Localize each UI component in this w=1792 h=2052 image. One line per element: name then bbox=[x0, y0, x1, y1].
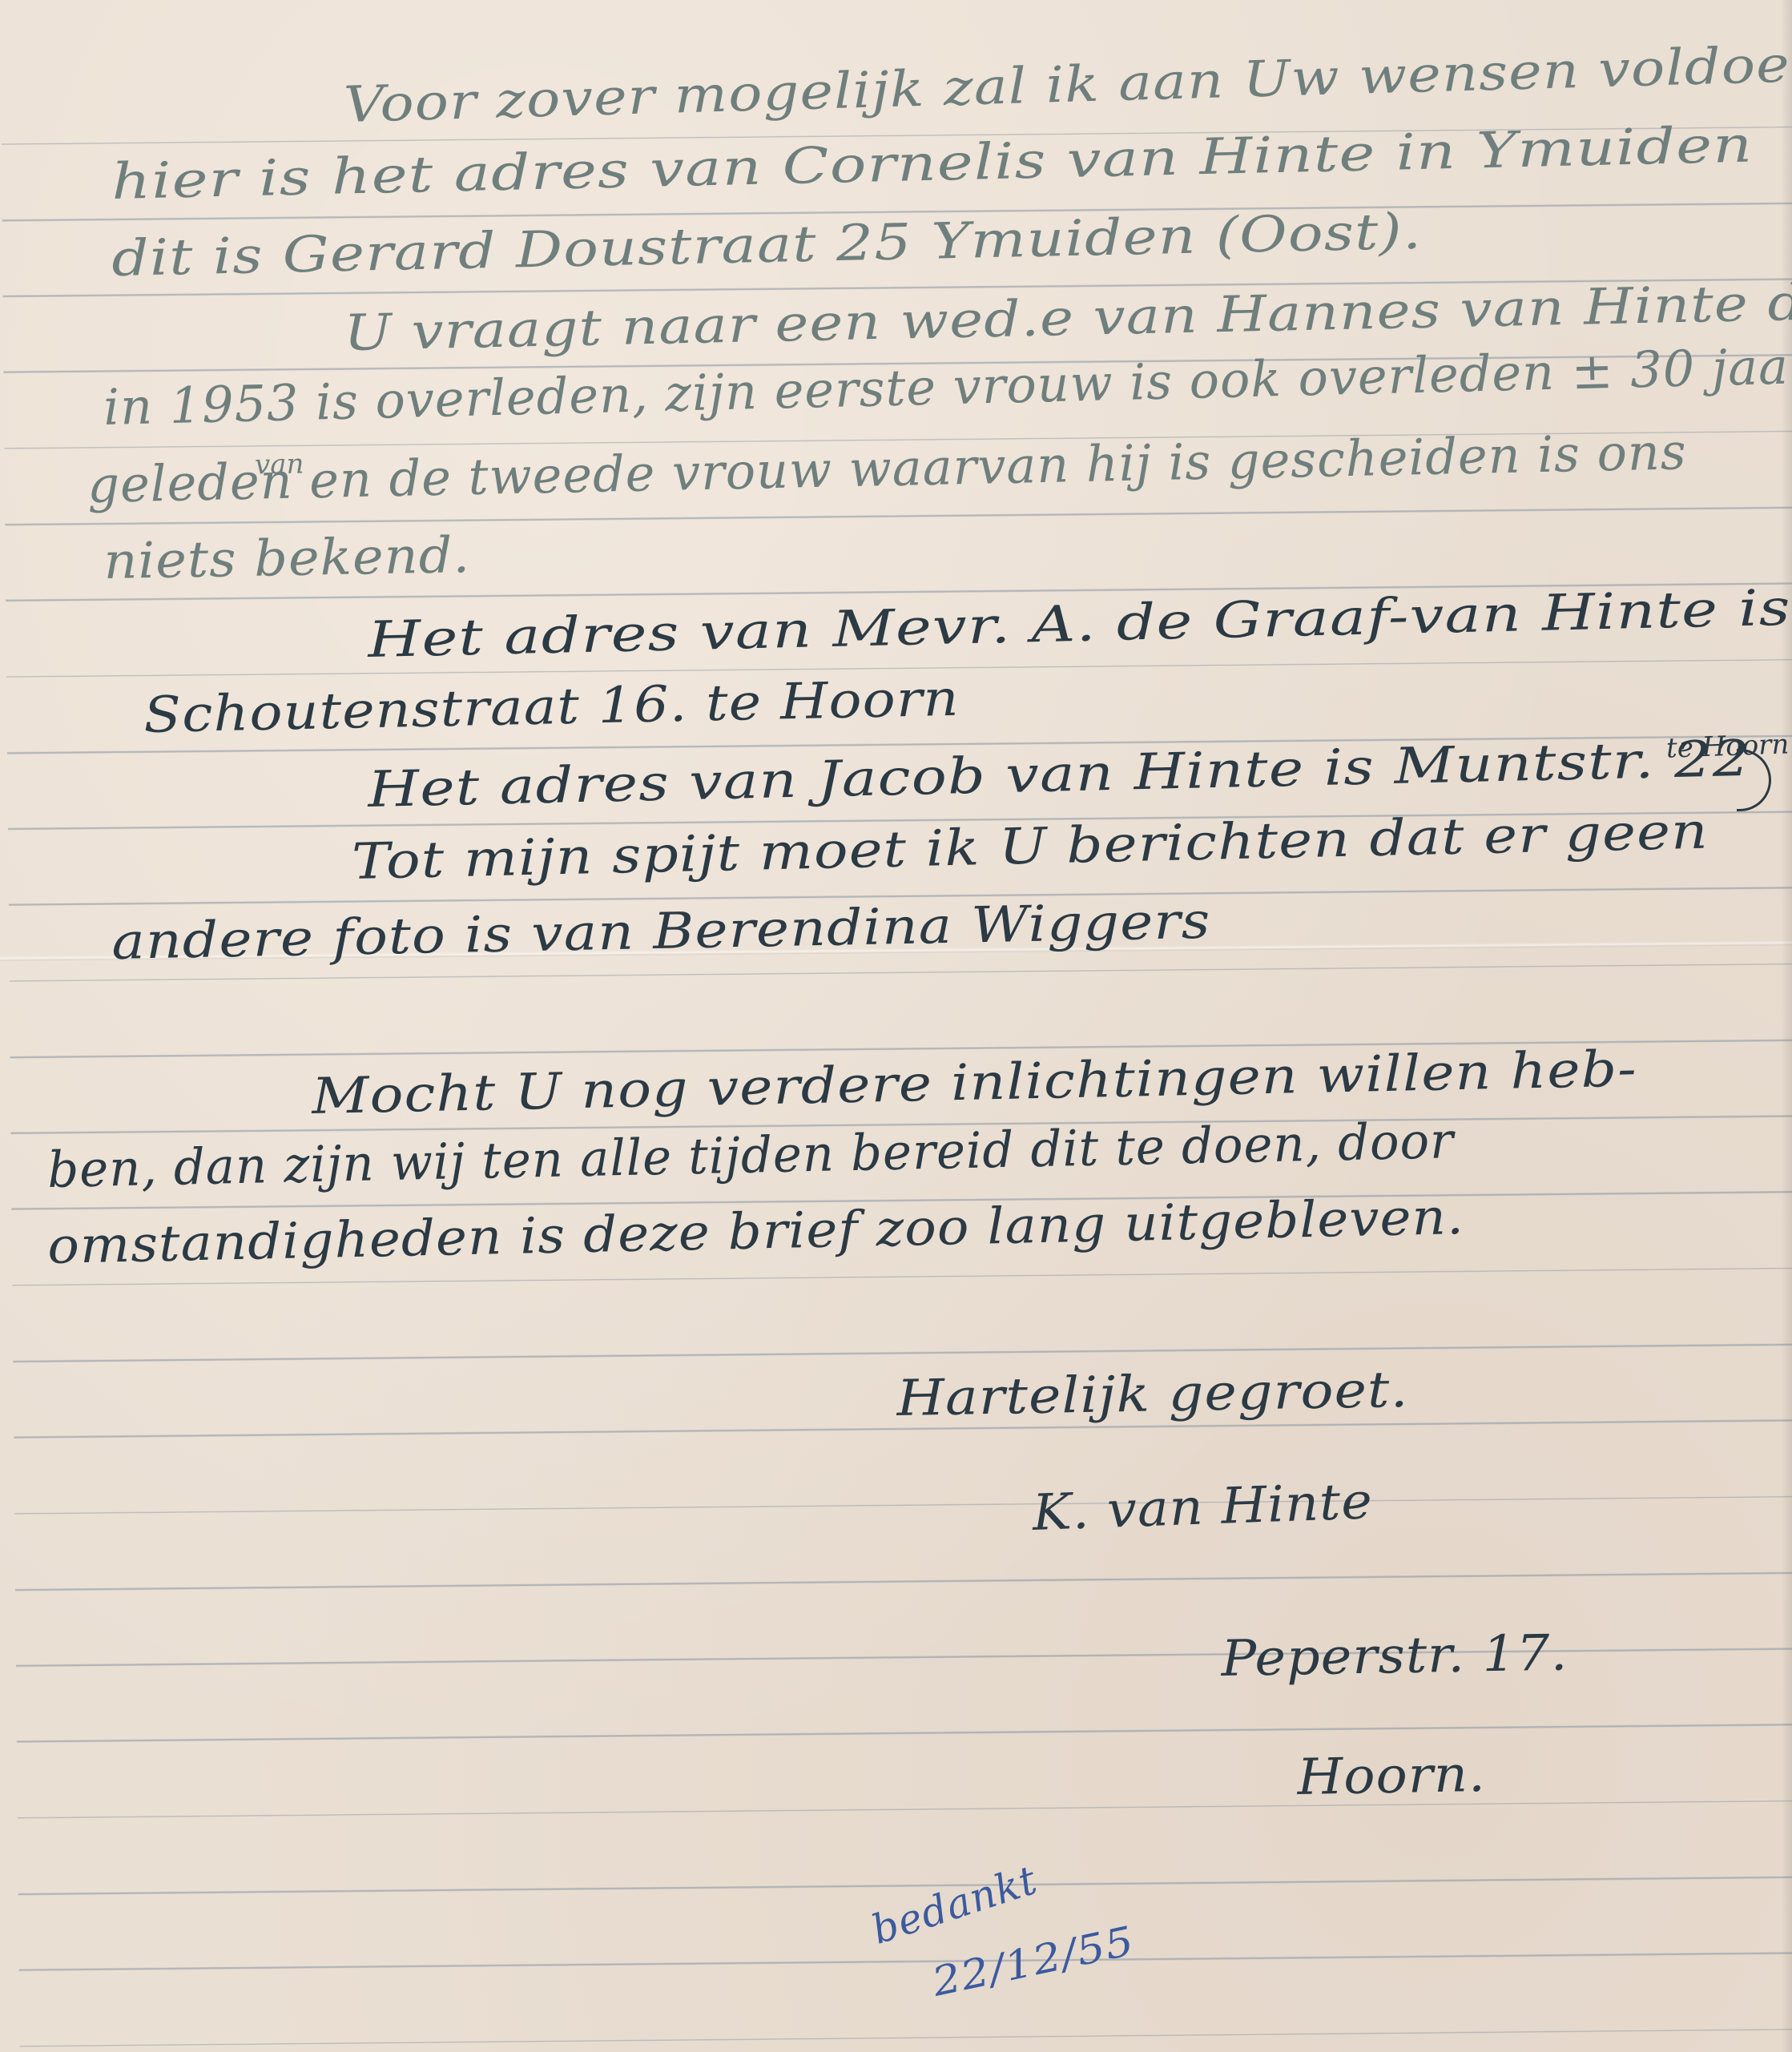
sender-street-address: Peperstr. 17. bbox=[1221, 1628, 1569, 1684]
letter-line: niets bekend. bbox=[103, 530, 471, 586]
sender-city: Hoorn. bbox=[1297, 1749, 1486, 1802]
signature: K. van Hinte bbox=[1032, 1476, 1374, 1538]
inserted-word: van bbox=[255, 448, 304, 481]
letter-page: Voor zover mogelijk zal ik aan Uw wensen… bbox=[0, 0, 1792, 2052]
letter-line-part: geleden en bbox=[87, 450, 373, 514]
closing-greeting: Hartelijk gegroet. bbox=[896, 1365, 1409, 1423]
